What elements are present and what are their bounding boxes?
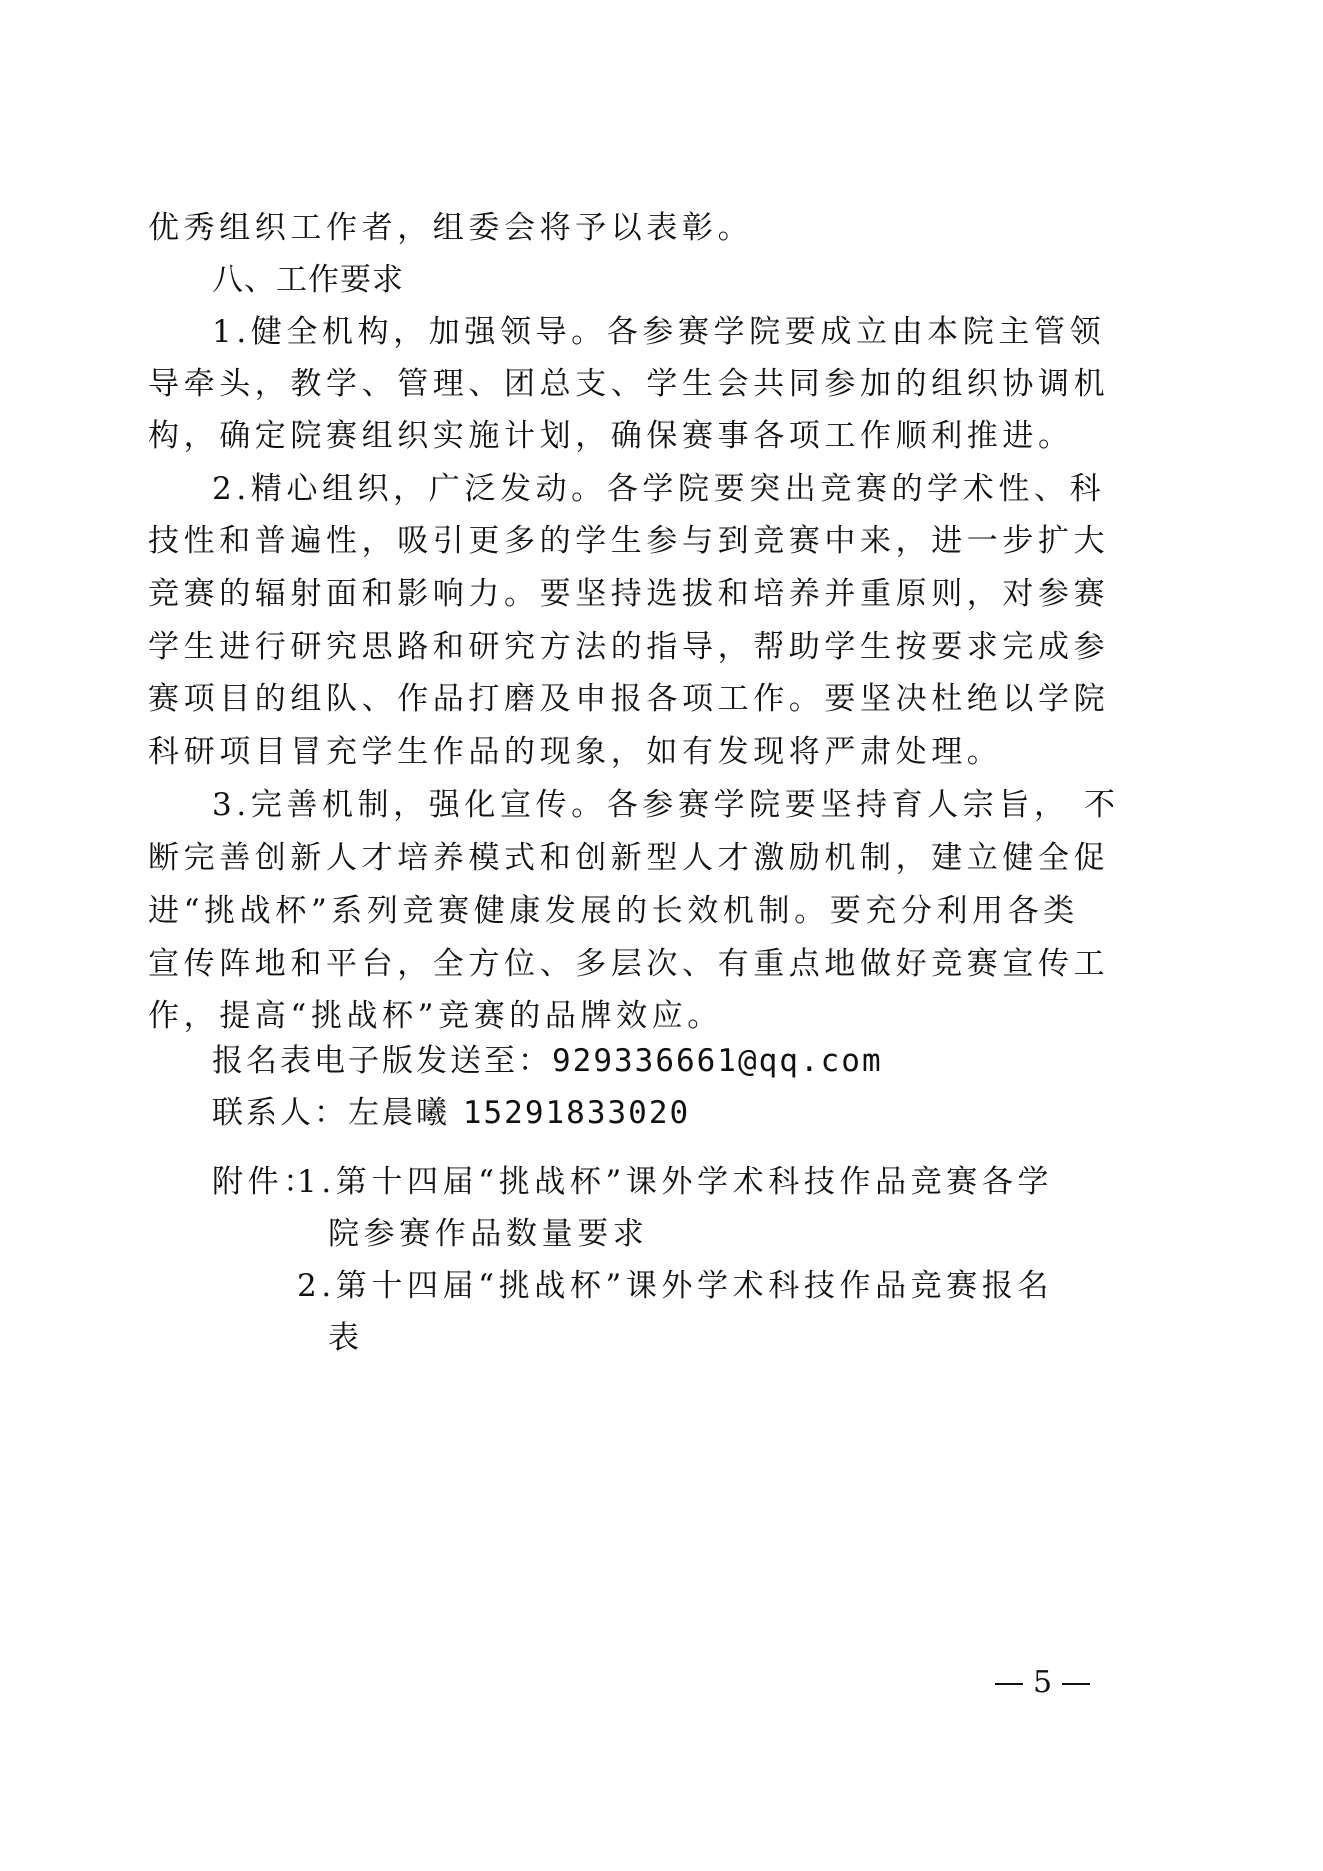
attachment-title: 第十四届“挑战杯”课外学术科技作品竞赛报名: [336, 1268, 1053, 1304]
document-page: 优秀组织工作者，组委会将予以表彰。 八、工作要求 1.健全机构，加强领导。各参赛…: [0, 0, 1323, 1871]
paragraph-line: 1.健全机构，加强领导。各参赛学院要成立由本院主管领: [212, 312, 960, 352]
contact-line: 联系人：左晨曦 15291833020: [212, 1093, 960, 1133]
attachment-item-1: 1.第十四届“挑战杯”课外学术科技作品竞赛各学: [297, 1162, 962, 1202]
attachment-title: 第十四届“挑战杯”课外学术科技作品竞赛各学: [336, 1164, 1053, 1200]
paragraph-line: 2.精心组织，广泛发动。各学院要突出竞赛的学术性、科: [212, 469, 960, 509]
email-address[interactable]: 929336661@qq.com: [552, 1043, 883, 1079]
contact-label: 联系人：: [212, 1095, 348, 1131]
dash-right: [1062, 1683, 1090, 1685]
section-heading: 八、工作要求: [212, 260, 960, 300]
contact-name: 左晨曦: [348, 1095, 450, 1131]
paragraph-line: 优秀组织工作者，组委会将予以表彰。: [148, 208, 960, 248]
page-number: 5: [985, 1665, 1100, 1701]
paragraph-line: 科研项目冒充学生作品的现象，如有发现将严肃处理。: [148, 732, 960, 772]
paragraph-line: 断完善创新人才培养模式和创新型人才激励机制，建立健全促: [148, 838, 960, 878]
paragraph-line: 竞赛的辐射面和影响力。要坚持选拔和培养并重原则，对参赛: [148, 574, 960, 614]
paragraph-line: 赛项目的组队、作品打磨及申报各项工作。要坚决杜绝以学院: [148, 679, 960, 719]
attachment-item-2: 2.第十四届“挑战杯”课外学术科技作品竞赛报名: [297, 1266, 962, 1306]
email-label: 报名表电子版发送至：: [212, 1043, 552, 1079]
paragraph-line: 宣传阵地和平台，全方位、多层次、有重点地做好竞赛宣传工: [148, 944, 960, 984]
paragraph-line: 作，提高“挑战杯”竞赛的品牌效应。: [148, 996, 960, 1036]
contact-phone: 15291833020: [463, 1095, 690, 1131]
email-line: 报名表电子版发送至：929336661@qq.com: [212, 1041, 960, 1081]
attachment-item-2-continuation: 表: [328, 1318, 364, 1358]
attachment-number: 2.: [297, 1268, 336, 1304]
dash-left: [995, 1683, 1023, 1685]
paragraph-line: 学生进行研究思路和研究方法的指导，帮助学生按要求完成参: [148, 627, 960, 667]
paragraph-line: 构，确定院赛组织实施计划，确保赛事各项工作顺利推进。: [148, 416, 960, 456]
paragraph-line: 3.完善机制，强化宣传。各参赛学院要坚持育人宗旨， 不: [212, 785, 960, 825]
attachment-number: 1.: [297, 1164, 336, 1200]
paragraph-line: 技性和普遍性，吸引更多的学生参与到竞赛中来，进一步扩大: [148, 521, 960, 561]
page-number-value: 5: [1033, 1665, 1052, 1700]
paragraph-line: 进“挑战杯”系列竞赛健康发展的长效机制。要充分利用各类: [148, 891, 960, 931]
attachment-item-1-continuation: 院参赛作品数量要求: [328, 1214, 648, 1254]
paragraph-line: 导牵头，教学、管理、团总支、学生会共同参加的组织协调机: [148, 364, 960, 404]
